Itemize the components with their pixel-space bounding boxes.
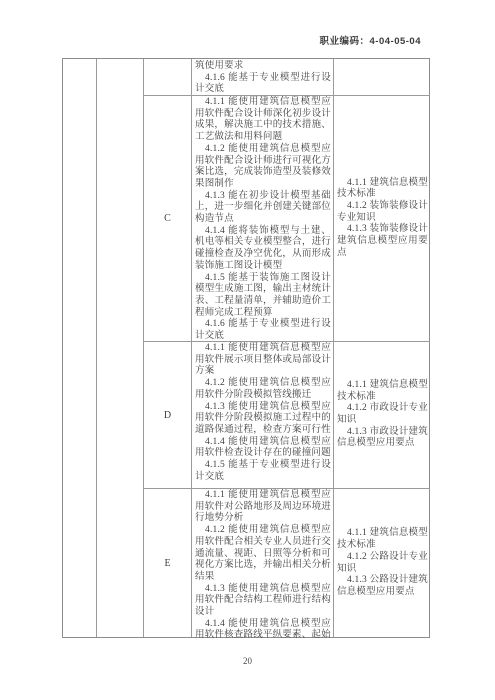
- skills-cell-continued: 筑使用要求4.1.6 能基于专业模型进行设计交底: [192, 60, 333, 95]
- standards-table: 筑使用要求4.1.6 能基于专业模型进行设计交底 C 4.1.1 能使用建筑信息…: [62, 58, 430, 638]
- skills-cell-c: 4.1.1 能使用建筑信息模型应用软件配合设计师深化初步设计成果，解决施工中的技…: [192, 96, 333, 341]
- grade-cell-c: C: [144, 96, 191, 341]
- skills-cell-d: 4.1.1 能使用建筑信息模型应用软件展示项目整体或局部设计方案4.1.2 能使…: [192, 342, 333, 488]
- table-text-line: 4.1.2 装饰装修设计专业知识: [337, 201, 428, 224]
- knowledge-cell-continued: [334, 60, 430, 95]
- table-text-line: 4.1.2 市政设计专业知识: [337, 403, 428, 426]
- table-text-line: 4.1.6 能基于专业模型进行设计交底: [195, 319, 331, 341]
- grade-cell-continued: [144, 60, 191, 95]
- table-text-line: 4.1.1 能使用建筑信息模型应用软件对公路地形及周边环境进行地势分析: [195, 490, 331, 525]
- table-text-line: 4.1.3 市政设计建筑信息模型应用要点: [337, 427, 428, 450]
- table-text-line: 4.1.2 能使用建筑信息模型应用软件配合设计师进行可视化方案比选，完成装饰造型…: [195, 144, 331, 191]
- knowledge-cell-c: 4.1.1 建筑信息模型技术标准4.1.2 装饰装修设计专业知识4.1.3 装饰…: [334, 96, 430, 341]
- table-text-line: 4.1.5 能基于专业模型进行设计交底: [195, 460, 331, 483]
- table-text-line: 4.1.3 公路设计建筑信息模型应用要点: [337, 575, 428, 598]
- table-text-line: 4.1.1 建筑信息模型技术标准: [337, 178, 428, 201]
- table-text-line: 4.1.5 能基于装饰施工图设计模型生成施工图，输出主材统计表、工程量清单，并辅…: [195, 273, 331, 320]
- table-text-line: 4.1.1 建筑信息模型技术标准: [337, 380, 428, 403]
- table-text-line: 4.1.3 装饰装修设计建筑信息模型应用要点: [337, 224, 428, 259]
- skills-cell-e: 4.1.1 能使用建筑信息模型应用软件对公路地形及周边环境进行地势分析4.1.2…: [192, 489, 333, 638]
- knowledge-cell-e: 4.1.1 建筑信息模型技术标准4.1.2 公路设计专业知识4.1.3 公路设计…: [334, 489, 430, 638]
- page-number: 20: [0, 656, 495, 666]
- table-text-line: 4.1.3 能在初步设计模型基础上，进一步细化并创建关键部位构造节点: [195, 191, 331, 226]
- table-text-line: 4.1.3 能使用建筑信息模型应用软件配合结构工程师进行结构设计: [195, 584, 331, 619]
- table-text-line: 4.1.1 能使用建筑信息模型应用软件展示项目整体或局部设计方案: [195, 343, 331, 378]
- knowledge-cell-d: 4.1.1 建筑信息模型技术标准4.1.2 市政设计专业知识4.1.3 市政设计…: [334, 342, 430, 488]
- table-vline: [96, 59, 97, 637]
- table-text-line: 4.1.1 能使用建筑信息模型应用软件配合设计师深化初步设计成果，解决施工中的技…: [195, 97, 331, 144]
- occupation-code-label: 职业编码：4-04-05-04: [320, 33, 421, 47]
- table-text-line: 4.1.3 能使用建筑信息模型应用软件分阶段模拟施工过程中的道路保通过程，检查方…: [195, 402, 331, 437]
- table-text-line: 4.1.2 能使用建筑信息模型应用软件配合相关专业人员进行交通流量、视距、日照等…: [195, 525, 331, 584]
- table-text-line: 4.1.4 能使用建筑信息模型应用软件核查路线平纵要素、起始: [195, 619, 331, 638]
- document-page: 职业编码：4-04-05-04 筑使用要求4.1.6 能基于专业模型进行设计交底…: [0, 0, 495, 700]
- grade-cell-e: E: [144, 489, 191, 638]
- grade-cell-d: D: [144, 342, 191, 488]
- table-text-line: 4.1.2 公路设计专业知识: [337, 552, 428, 575]
- table-text-line: 4.1.4 能将装饰模型与土建、机电等相关专业模型整合，进行碰撞检查及净空优化，…: [195, 226, 331, 273]
- table-text-line: 4.1.2 能使用建筑信息模型应用软件分阶段模拟管线搬迁: [195, 378, 331, 401]
- table-text-line: 4.1.6 能基于专业模型进行设计交底: [195, 73, 331, 95]
- table-text-line: 筑使用要求: [195, 61, 331, 73]
- table-text-line: 4.1.1 建筑信息模型技术标准: [337, 528, 428, 551]
- table-text-line: 4.1.4 能使用建筑信息模型应用软件检查设计存在的碰撞问题: [195, 437, 331, 460]
